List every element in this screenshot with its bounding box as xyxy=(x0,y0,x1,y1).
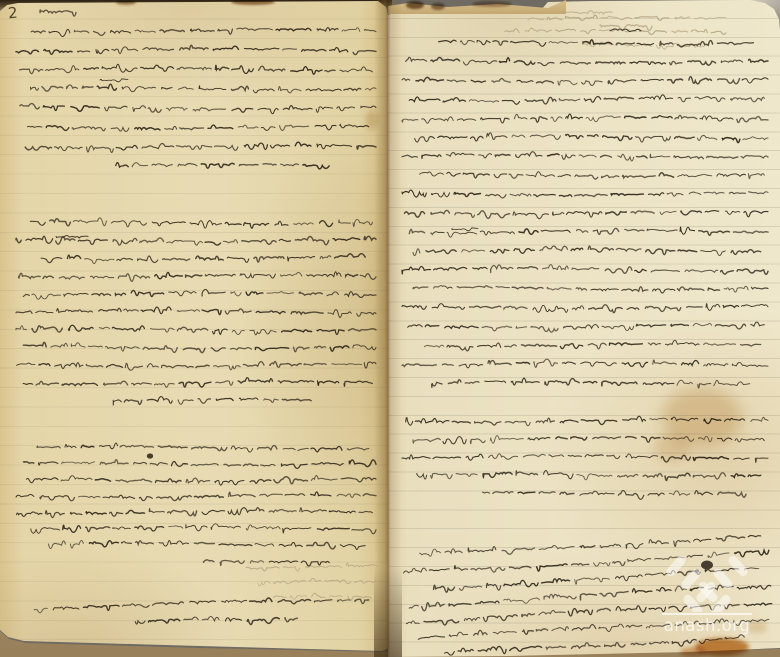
book-gutter-shadow xyxy=(374,0,402,657)
left-page xyxy=(0,0,390,657)
torn-top-edge xyxy=(388,0,566,14)
right-page xyxy=(388,0,780,657)
page-number: 2 xyxy=(7,4,18,23)
manuscript-photo: 2 anash.org xyxy=(0,0,780,657)
